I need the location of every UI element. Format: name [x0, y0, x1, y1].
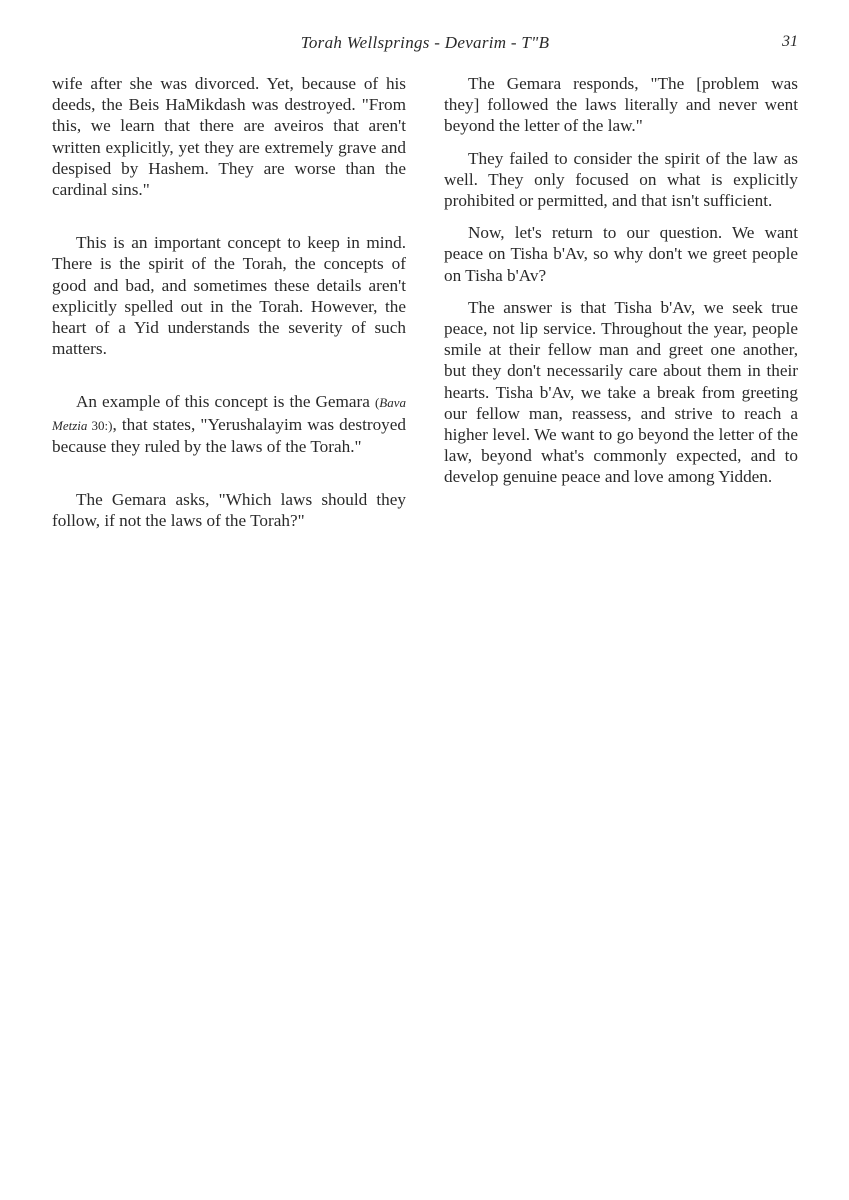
- paragraph: The answer is that Tisha b'Av, we seek t…: [444, 297, 798, 488]
- paragraph: Now, let's return to our question. We wa…: [444, 222, 798, 286]
- header-title: Torah Wellsprings - Devarim - T"B: [52, 33, 798, 53]
- paragraph: The Gemara responds, "The [problem was t…: [444, 73, 798, 137]
- paragraph: This is an important concept to keep in …: [52, 232, 406, 359]
- gemara-paragraph: An example of this concept is the Gemara…: [52, 391, 406, 457]
- paragraph: The Gemara asks, "Which laws should they…: [52, 489, 406, 531]
- paragraph: They failed to consider the spirit of th…: [444, 148, 798, 212]
- paragraph-text: An example of this concept is the Gemara: [76, 392, 375, 411]
- right-column: The Gemara responds, "The [problem was t…: [444, 73, 798, 499]
- paragraph: wife after she was divorced. Yet, becaus…: [52, 73, 406, 200]
- page-number: 31: [782, 33, 798, 51]
- citation-ref: 30:): [87, 418, 112, 433]
- left-column: wife after she was divorced. Yet, becaus…: [52, 73, 406, 563]
- running-header: Torah Wellsprings - Devarim - T"B 31: [52, 33, 798, 57]
